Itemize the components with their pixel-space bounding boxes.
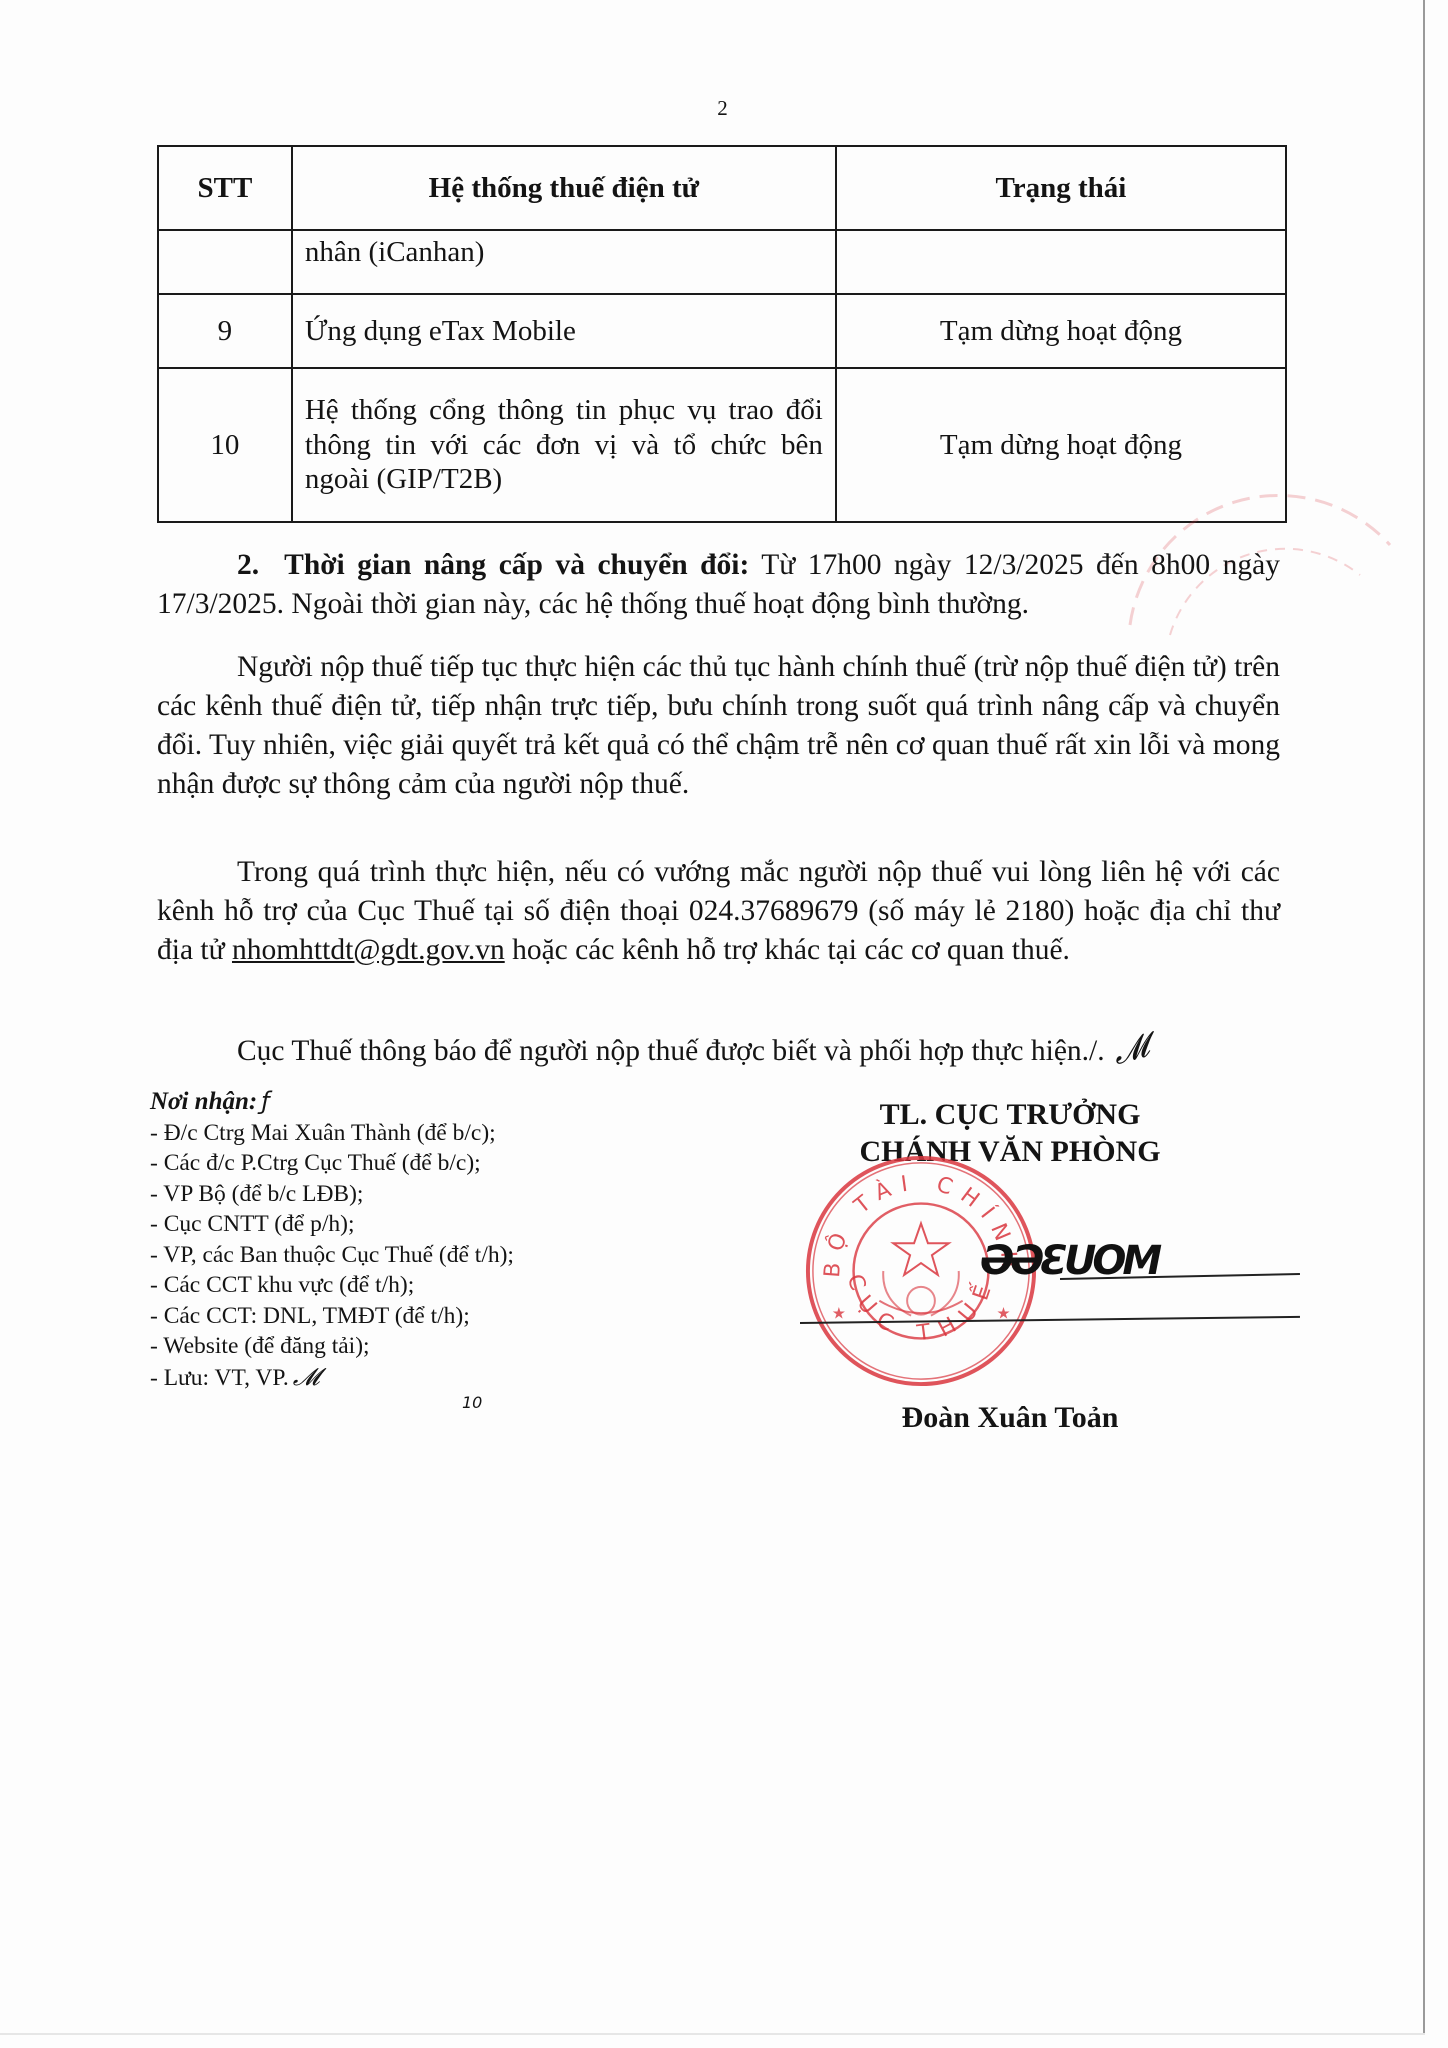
handwritten-initial-icon: 𝓜: [293, 1362, 320, 1393]
recipient-item-text: - Lưu: VT, VP.: [150, 1365, 289, 1391]
header-status: Trạng thái: [836, 146, 1286, 230]
section-2-number: 2.: [237, 549, 259, 581]
recipient-item: - Website (để đăng tải);: [150, 1331, 770, 1362]
contact-paragraph: Trong quá trình thực hiện, nếu có vướng …: [157, 853, 1280, 970]
closing-paragraph: Cục Thuế thông báo để người nộp thuế đượ…: [157, 1030, 1280, 1071]
continue-paragraph: Người nộp thuế tiếp tục thực hiện các th…: [157, 648, 1280, 804]
recipient-item: - Lưu: VT, VP.𝓜: [150, 1362, 770, 1394]
signature-title-line1: TL. CỤC TRƯỞNG: [790, 1096, 1230, 1133]
handwritten-check-icon: ƒ: [261, 1086, 269, 1117]
header-system: Hệ thống thuế điện tử: [292, 146, 836, 230]
table-header-row: STT Hệ thống thuế điện tử Trạng thái: [158, 146, 1286, 230]
closing-text: Cục Thuế thông báo để người nộp thuế đượ…: [237, 1035, 1105, 1067]
cell-stt: [158, 230, 292, 294]
recipients-heading-row: Nơi nhận:ƒ: [150, 1086, 770, 1118]
cell-status: Tạm dừng hoạt động: [836, 294, 1286, 368]
cell-stt: 10: [158, 368, 292, 522]
cell-stt: 9: [158, 294, 292, 368]
recipient-item: - VP, các Ban thuộc Cục Thuế (để t/h);: [150, 1240, 770, 1271]
cell-system: Hệ thống cổng thông tin phục vụ trao đổi…: [292, 368, 836, 522]
recipient-item: - Các CCT: DNL, TMĐT (để t/h);: [150, 1301, 770, 1332]
support-email-link[interactable]: nhomhttdt@gdt.gov.vn: [232, 934, 505, 966]
svg-text:CỤC THUẾ: CỤC THUẾ: [842, 1270, 1001, 1346]
copies-count-note: 10: [462, 1388, 482, 1419]
recipient-item: - Các CCT khu vực (để t/h);: [150, 1270, 770, 1301]
e-tax-systems-table: STT Hệ thống thuế điện tử Trạng thái nhâ…: [157, 145, 1287, 523]
cell-status: [836, 230, 1286, 294]
contact-text-after: hoặc các kênh hỗ trợ khác tại các cơ qua…: [505, 934, 1070, 966]
header-stt: STT: [158, 146, 292, 230]
section-2-paragraph: 2. Thời gian nâng cấp và chuyển đổi: Từ …: [157, 546, 1280, 624]
signer-name: Đoàn Xuân Toản: [790, 1401, 1230, 1435]
cell-system: Ứng dụng eTax Mobile: [292, 294, 836, 368]
recipients-block: Nơi nhận:ƒ - Đ/c Ctrg Mai Xuân Thành (để…: [150, 1086, 770, 1393]
recipient-item: - Đ/c Ctrg Mai Xuân Thành (để b/c);: [150, 1118, 770, 1149]
recipient-item: - VP Bộ (để b/c LĐB);: [150, 1179, 770, 1210]
recipient-item: - Các đ/c P.Ctrg Cục Thuế (để b/c);: [150, 1148, 770, 1179]
scan-page-edge: [1423, 0, 1425, 2035]
section-2-heading: Thời gian nâng cấp và chuyển đổi:: [284, 549, 749, 581]
handwritten-initial-icon: 𝓜: [1108, 1026, 1153, 1073]
recipients-heading: Nơi nhận:: [150, 1088, 257, 1115]
svg-text:★: ★: [832, 1304, 846, 1323]
table-row: 9 Ứng dụng eTax Mobile Tạm dừng hoạt độn…: [158, 294, 1286, 368]
cell-system: nhân (iCanhan): [292, 230, 836, 294]
continue-text: Người nộp thuế tiếp tục thực hiện các th…: [157, 651, 1280, 800]
page-number: 2: [0, 96, 1445, 121]
recipient-item: - Cục CNTT (để p/h);: [150, 1209, 770, 1240]
table-row: nhân (iCanhan): [158, 230, 1286, 294]
scan-page-edge-bottom: [0, 2033, 1425, 2035]
